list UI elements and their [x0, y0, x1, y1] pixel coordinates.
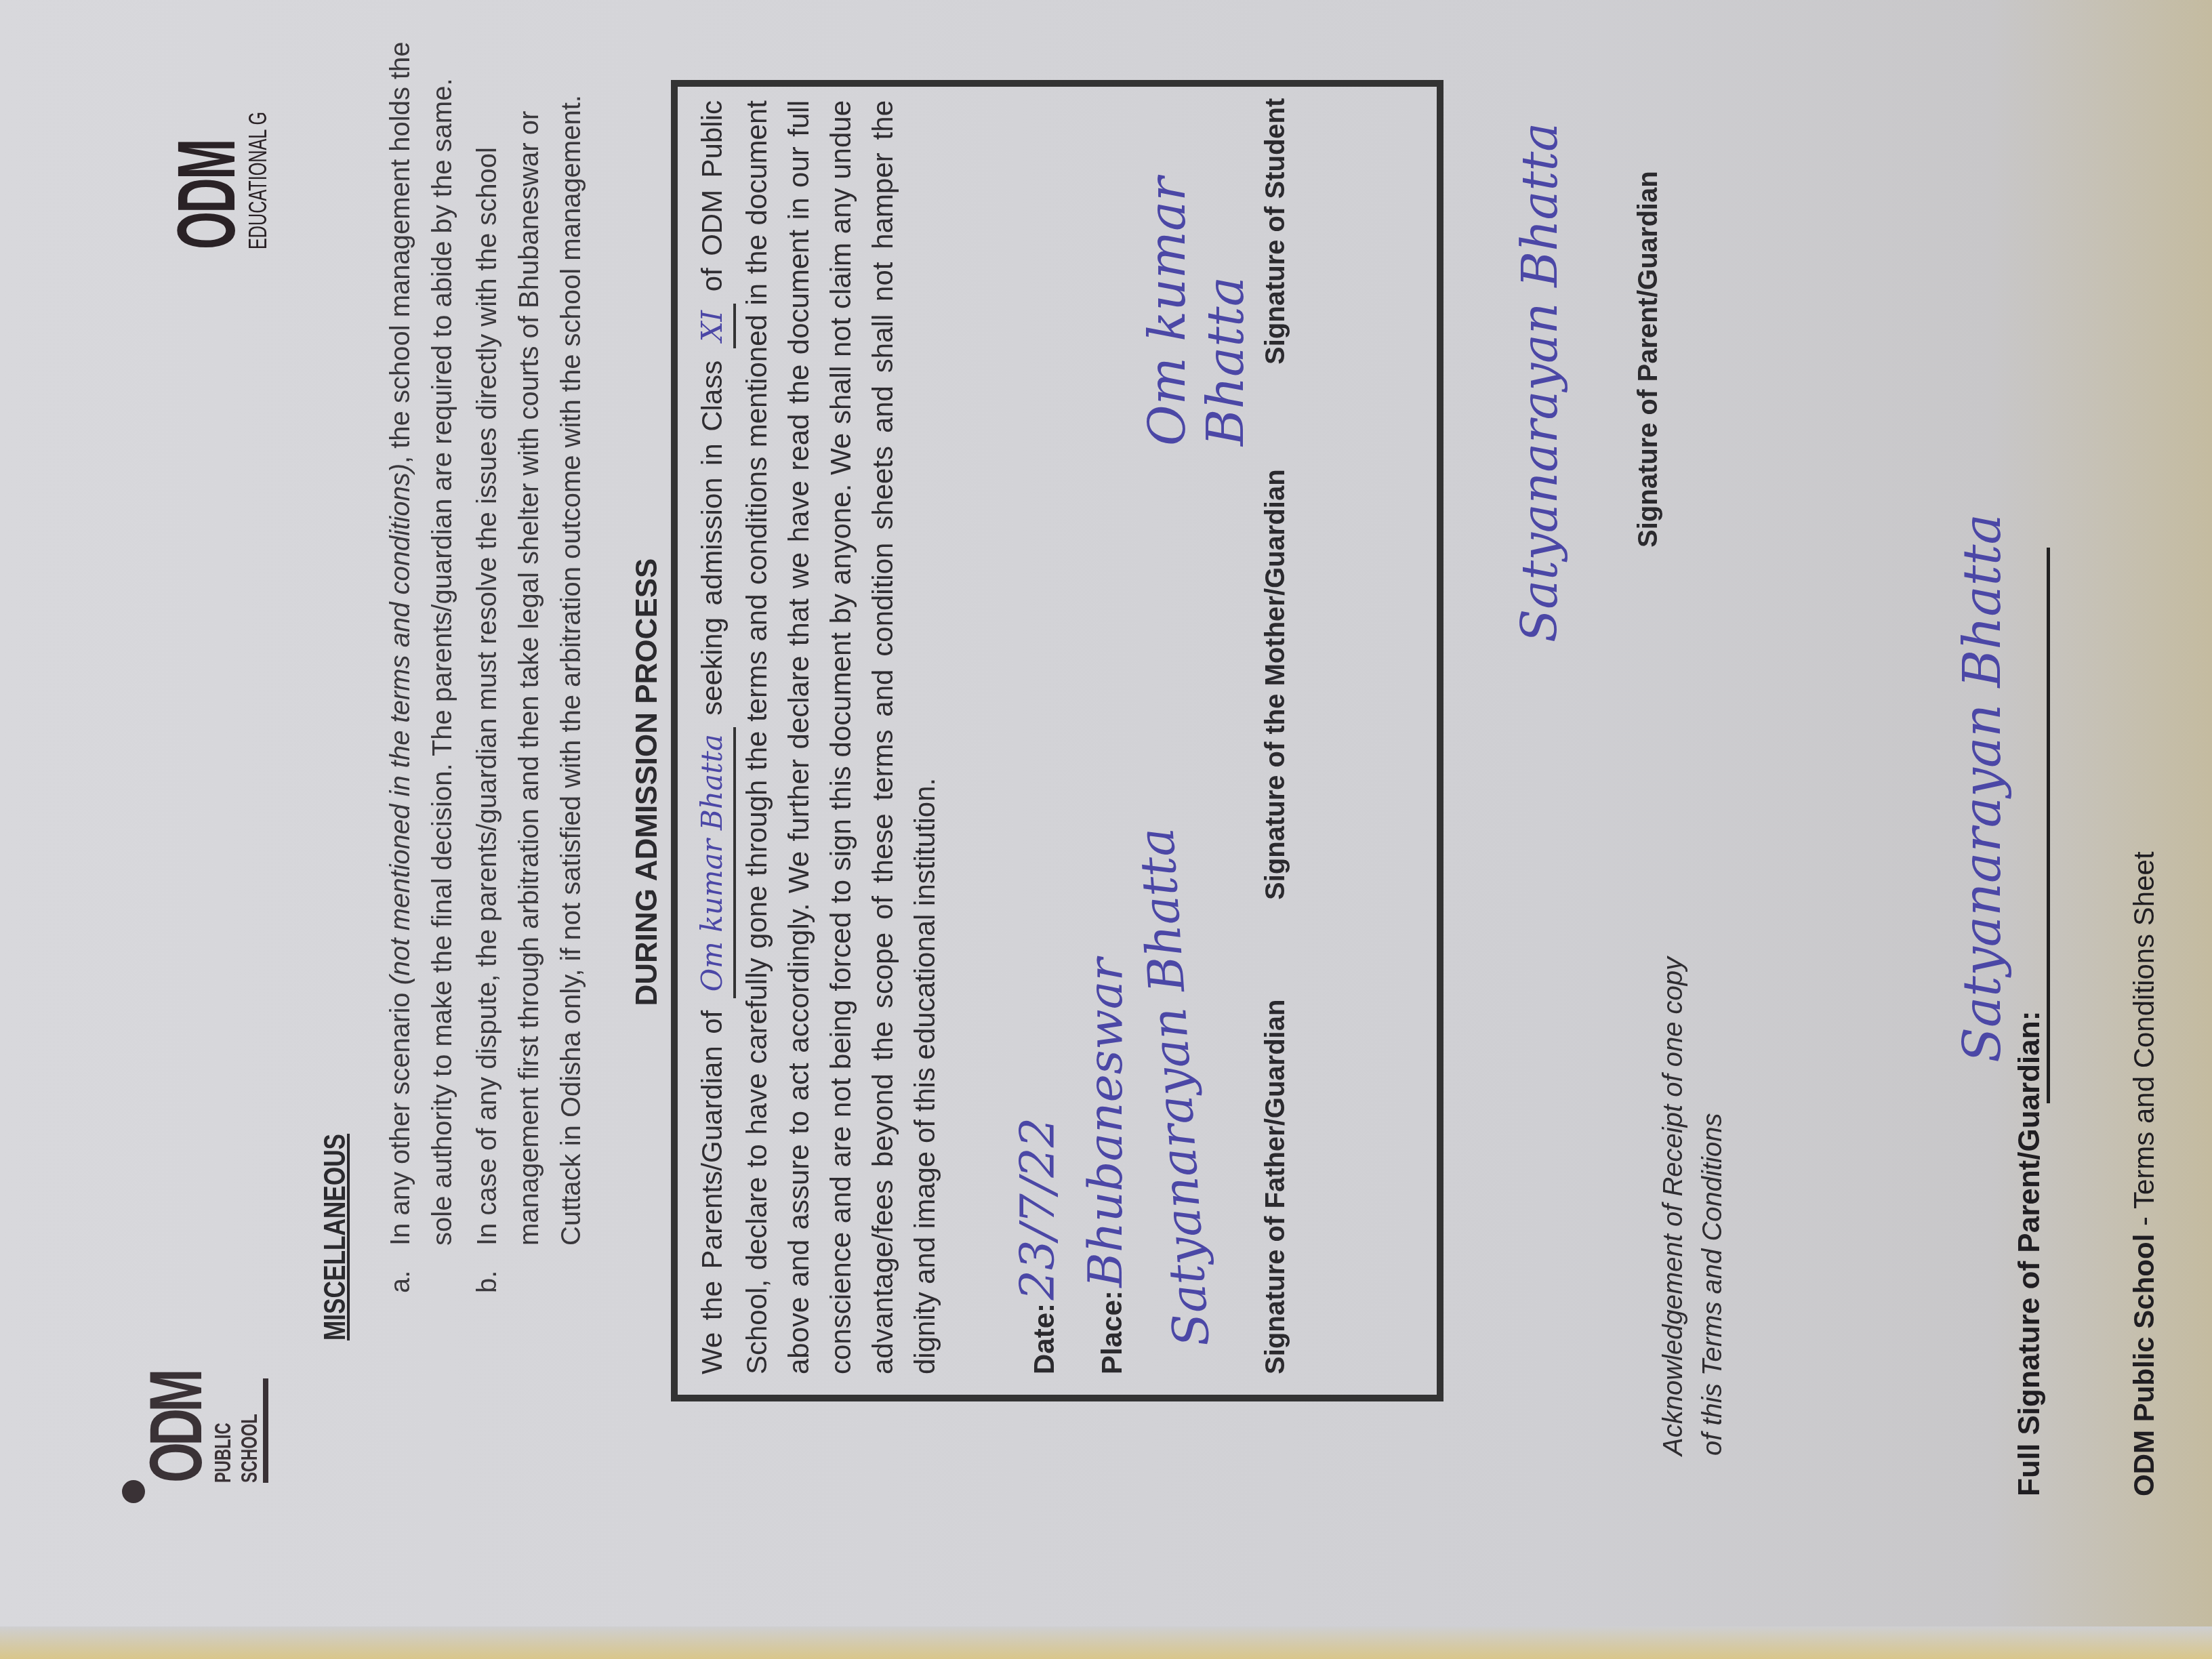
document-page: ODM PUBLIC SCHOOL ODM EDUCATIONAL G MISC… [0, 0, 2212, 1659]
odm-public-school-logo: ODM PUBLIC SCHOOL [142, 1334, 251, 1483]
date-field[interactable]: 23/7/22 [1010, 1118, 1065, 1300]
page-footer: ODM Public School - Terms and Conditions… [2128, 851, 2160, 1496]
parent-signature-label: Signature of Parent/Guardian [1633, 171, 1664, 548]
declaration-paragraph: We the Parents/Guardian of Om kumar Bhat… [691, 100, 946, 1374]
miscellaneous-list: a. In any other scenario (not mentioned … [380, 19, 595, 1293]
place-row: Place: Bhubaneswar [1078, 958, 1133, 1374]
full-signature-line [2047, 548, 2050, 1103]
misc-item-a: a. In any other scenario (not mentioned … [380, 19, 464, 1293]
place-field[interactable]: Bhubaneswar [1078, 958, 1133, 1288]
class-field[interactable]: XI [691, 304, 736, 349]
odm-educational-group-logo: ODM EDUCATIONAL G [169, 73, 272, 249]
mother-signature-label: Signature of the Mother/Guardian [1261, 469, 1291, 900]
admission-declaration-box: We the Parents/Guardian of Om kumar Bhat… [671, 80, 1443, 1401]
miscellaneous-heading: MISCELLANEOUS [319, 1134, 352, 1340]
full-signature-label: Full Signature of Parent/Guardian: [2013, 1011, 2047, 1496]
admission-heading: DURING ADMISSION PROCESS [630, 0, 664, 1659]
parent-signature[interactable]: Satyanarayan Bhatta [1511, 123, 1568, 642]
acknowledgement-text: Acknowledgement of Receipt of one copy o… [1654, 941, 1732, 1456]
student-name-field[interactable]: Om kumar Bhatta [691, 727, 736, 998]
misc-item-b: b. In case of any dispute, the parents/g… [466, 19, 592, 1293]
father-signature[interactable]: Satyanarayan Bhatta [1127, 826, 1220, 1349]
student-signature-label: Signature of Student [1261, 98, 1291, 365]
date-row: Date: 23/7/22 [1010, 1118, 1065, 1374]
father-signature-label: Signature of Father/Guardian [1261, 1000, 1291, 1374]
student-signature[interactable]: Om kumar Bhatta [1139, 87, 1255, 446]
full-signature[interactable]: Satyanarayan Bhatta [1952, 514, 2012, 1063]
logo-figure-icon [122, 1480, 145, 1503]
